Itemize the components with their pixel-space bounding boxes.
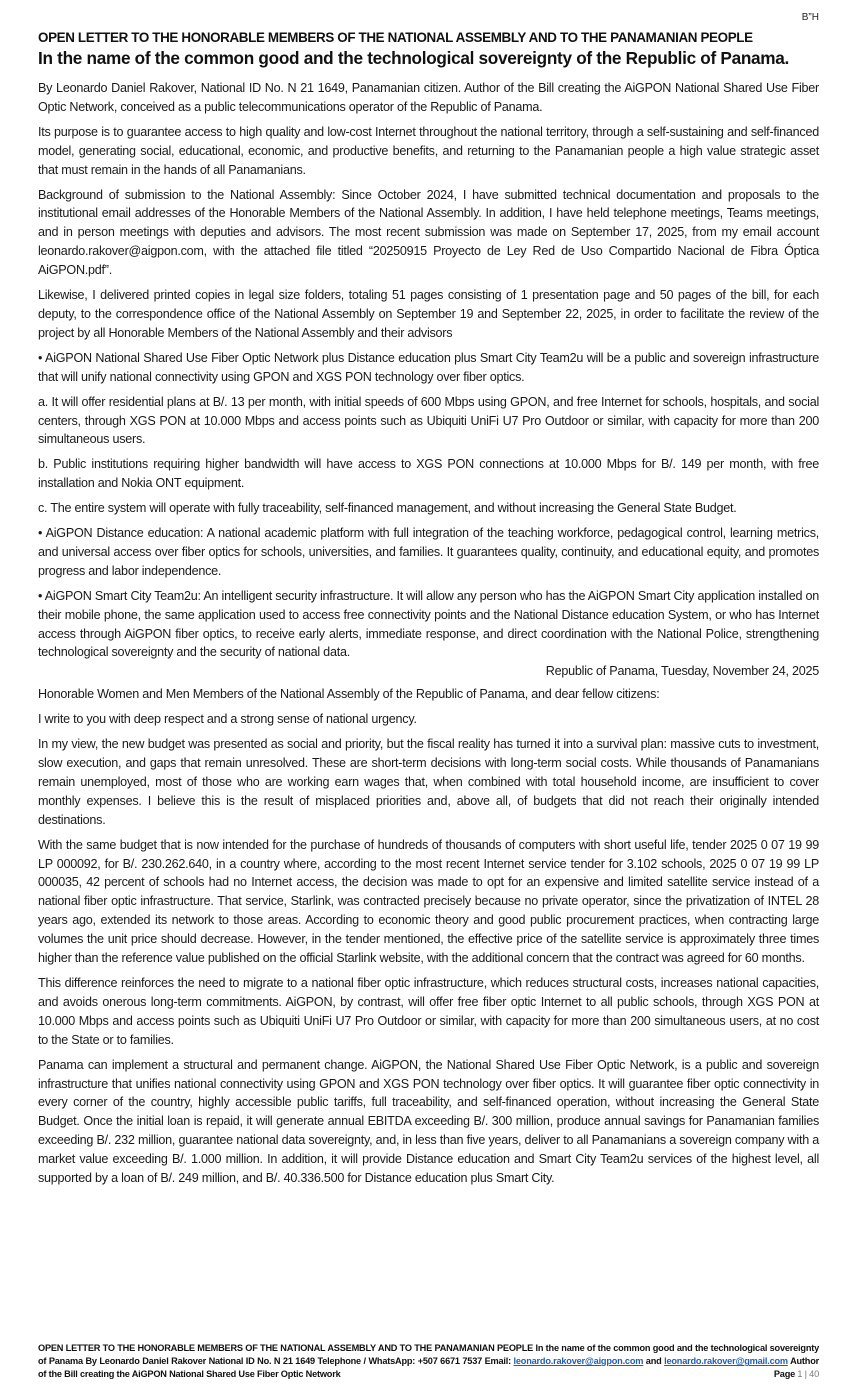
- letter-budget: In my view, the new budget was presented…: [38, 735, 819, 830]
- item-c-traceability: c. The entire system will operate with f…: [38, 499, 819, 518]
- footer-title: OPEN LETTER TO THE HONORABLE MEMBERS OF …: [38, 1343, 535, 1353]
- paragraph-background: Background of submission to the National…: [38, 186, 819, 281]
- letter-difference: This difference reinforces the need to m…: [38, 974, 819, 1050]
- bullet-smart-city: • AiGPON Smart City Team2u: An intellige…: [38, 587, 819, 663]
- footer-email-gmail-link[interactable]: leonardo.rakover@gmail.com: [664, 1356, 788, 1366]
- document-body: By Leonardo Daniel Rakover, National ID …: [38, 79, 819, 1194]
- item-a-residential-plans: a. It will offer residential plans at B/…: [38, 393, 819, 450]
- letter-intro: I write to you with deep respect and a s…: [38, 710, 819, 729]
- page-label: Page: [774, 1369, 798, 1379]
- letter-structural-change: Panama can implement a structural and pe…: [38, 1056, 819, 1188]
- paragraph-author: By Leonardo Daniel Rakover, National ID …: [38, 79, 819, 117]
- header-mark: B”H: [802, 12, 819, 23]
- date-line: Republic of Panama, Tuesday, November 24…: [38, 662, 819, 681]
- bullet-network: • AiGPON National Shared Use Fiber Optic…: [38, 349, 819, 387]
- bullet-distance-education: • AiGPON Distance education: A national …: [38, 524, 819, 581]
- footer-and: and: [643, 1356, 664, 1366]
- document-title: OPEN LETTER TO THE HONORABLE MEMBERS OF …: [38, 30, 828, 45]
- letter-salutation: Honorable Women and Men Members of the N…: [38, 685, 819, 704]
- letter-tender: With the same budget that is now intende…: [38, 836, 819, 968]
- page-count: 1 | 40: [797, 1369, 819, 1379]
- page-number: Page 1 | 40: [774, 1368, 819, 1381]
- paragraph-printed-copies: Likewise, I delivered printed copies in …: [38, 286, 819, 343]
- page-footer: OPEN LETTER TO THE HONORABLE MEMBERS OF …: [38, 1342, 819, 1382]
- item-b-public-institutions: b. Public institutions requiring higher …: [38, 455, 819, 493]
- document-subtitle: In the name of the common good and the t…: [38, 48, 828, 69]
- footer-email-aigpon-link[interactable]: leonardo.rakover@aigpon.com: [514, 1356, 644, 1366]
- paragraph-purpose: Its purpose is to guarantee access to hi…: [38, 123, 819, 180]
